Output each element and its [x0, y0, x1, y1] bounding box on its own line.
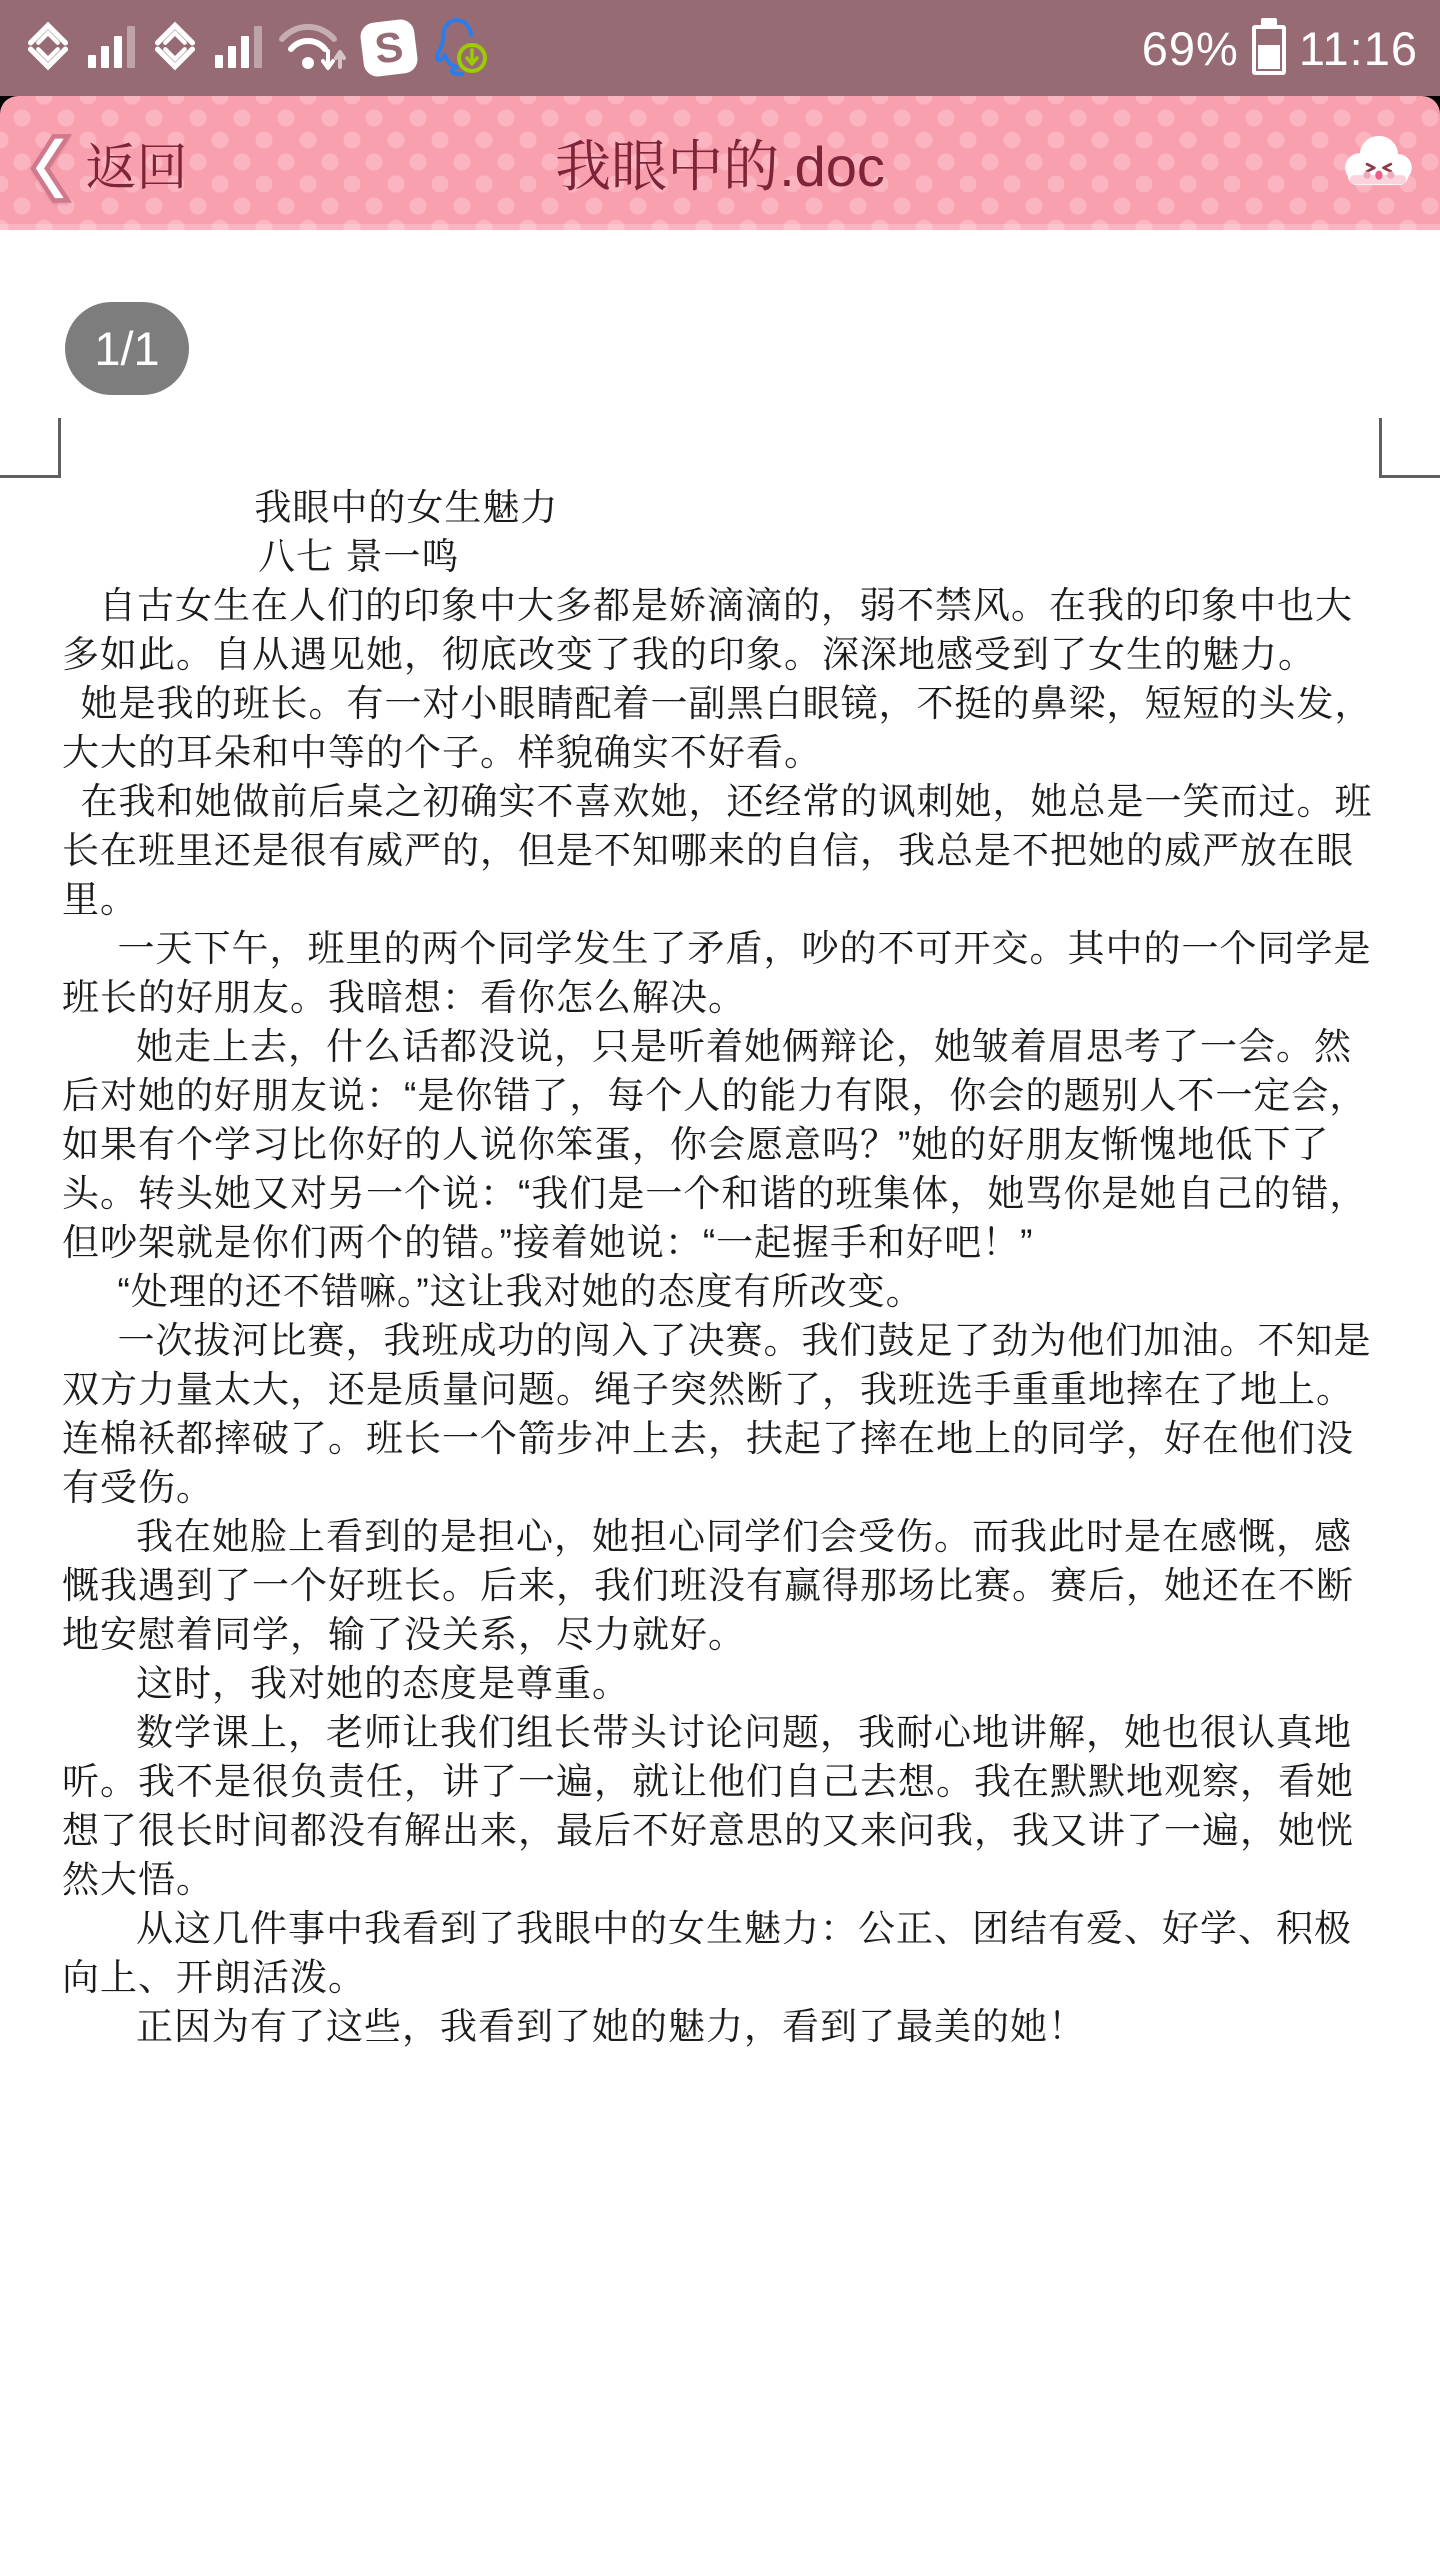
document-scroll-area[interactable]: 1/1 我眼中的女生魅力八七 景一鸣自古女生在人们的印象中大多都是娇滴滴的，弱不…: [0, 230, 1440, 2560]
sim2-carrier-icon: [149, 20, 201, 77]
cloud-mascot-icon: [1336, 127, 1420, 195]
doc-paragraph: 在我和她做前后桌之初确实不喜欢她，还经常的讽刺她，她总是一笑而过。班长在班里还是…: [62, 777, 1382, 924]
page-corner-mark-left: [0, 418, 61, 478]
qq-download-icon: [430, 14, 492, 83]
page-corner-mark-right: [1379, 418, 1440, 478]
doc-paragraph: 一天下午，班里的两个同学发生了矛盾，吵的不可开交。其中的一个同学是班长的好朋友。…: [62, 924, 1382, 1022]
doc-paragraph: 八七 景一鸣: [62, 532, 1382, 581]
app-header-wrap: ❮ 返回 我眼中的.doc: [0, 96, 1440, 230]
battery-percent: 69%: [1142, 21, 1239, 76]
document-title: 我眼中的.doc: [555, 123, 885, 203]
cloud-button[interactable]: [1336, 127, 1420, 200]
sim1-carrier-icon: [22, 20, 74, 77]
wifi-icon: [276, 17, 348, 80]
doc-paragraph: 数学课上，老师让我们组长带头讨论问题，我耐心地讲解，她也很认真地听。我不是很负责…: [62, 1708, 1382, 1904]
doc-paragraph: 正因为有了这些，我看到了她的魅力，看到了最美的她！: [62, 2002, 1382, 2051]
doc-paragraph: 她走上去，什么话都没说，只是听着她俩辩论，她皱着眉思考了一会。然后对她的好朋友说…: [62, 1022, 1382, 1267]
page-indicator-badge: 1/1: [65, 302, 189, 395]
doc-paragraph: 我在她脸上看到的是担心，她担心同学们会受伤。而我此时是在感慨，感慨我遇到了一个好…: [62, 1512, 1382, 1659]
sim1-signal-icon: [88, 20, 135, 76]
status-bar-left: S: [22, 14, 492, 83]
status-bar-right: 69% 11:16: [1142, 18, 1418, 78]
doc-paragraph: 一次拔河比赛，我班成功的闯入了决赛。我们鼓足了劲为他们加油。不知是双方力量太大，…: [62, 1316, 1382, 1512]
doc-paragraph: 她是我的班长。有一对小眼睛配着一副黑白眼镜，不挺的鼻梁，短短的头发，大大的耳朵和…: [62, 679, 1382, 777]
doc-paragraphs: 我眼中的女生魅力八七 景一鸣自古女生在人们的印象中大多都是娇滴滴的，弱不禁风。在…: [62, 483, 1382, 2051]
back-button-label: 返回: [86, 126, 188, 200]
doc-paragraph: 这时，我对她的态度是尊重。: [62, 1659, 1382, 1708]
doc-paragraph: “处理的还不错嘛。”这让我对她的态度有所改变。: [62, 1267, 1382, 1316]
back-chevron-icon: ❮: [24, 131, 78, 195]
battery-icon: [1251, 18, 1287, 78]
app-header: ❮ 返回 我眼中的.doc: [0, 96, 1440, 230]
screen: S 69% 11:16 ❮ 返回: [0, 0, 1440, 2560]
status-bar: S 69% 11:16: [0, 0, 1440, 96]
skype-icon: S: [359, 18, 419, 78]
sim2-signal-icon: [215, 20, 262, 76]
doc-paragraph: 自古女生在人们的印象中大多都是娇滴滴的，弱不禁风。在我的印象中也大多如此。自从遇…: [62, 581, 1382, 679]
doc-paragraph: 从这几件事中我看到了我眼中的女生魅力：公正、团结有爱、好学、积极向上、开朗活泼。: [62, 1904, 1382, 2002]
back-button[interactable]: ❮ 返回: [24, 126, 188, 200]
clock: 11:16: [1299, 21, 1418, 76]
doc-paragraph: 我眼中的女生魅力: [62, 483, 1382, 532]
